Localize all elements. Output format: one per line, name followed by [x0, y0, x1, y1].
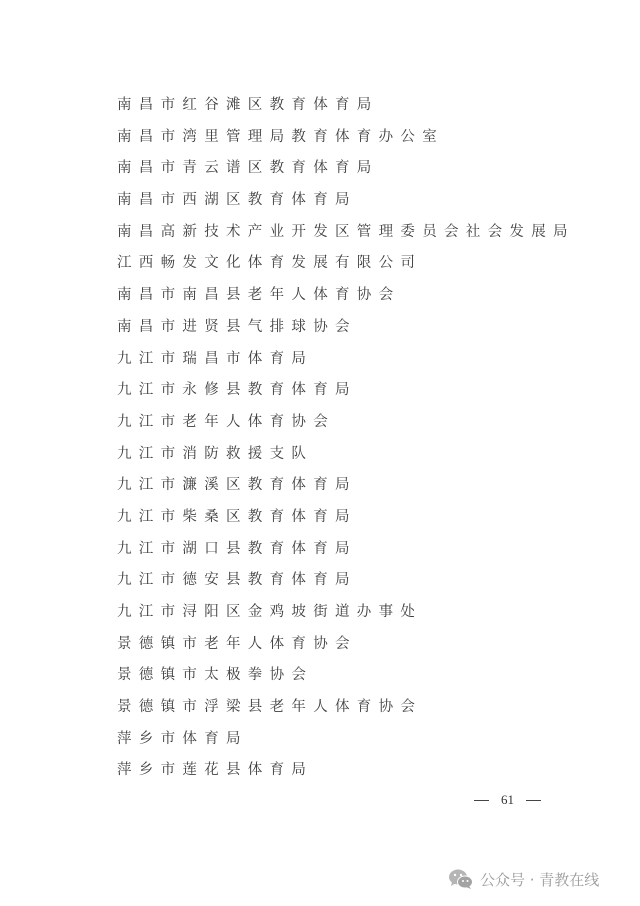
list-item: 南昌高新技术产业开发区管理委员会社会发展局	[117, 221, 575, 253]
list-item: 景德镇市浮梁县老年人体育协会	[117, 696, 575, 728]
list-item: 景德镇市老年人体育协会	[117, 633, 575, 665]
list-item: 九江市瑞昌市体育局	[117, 348, 575, 380]
list-item: 九江市濂溪区教育体育局	[117, 474, 575, 506]
page-number-text: 61	[501, 792, 514, 808]
list-item: 南昌市西湖区教育体育局	[117, 189, 575, 221]
list-item: 南昌市红谷滩区教育体育局	[117, 94, 575, 126]
watermark: 公众号 · 青教在线	[448, 868, 599, 890]
list-item: 南昌市进贤县气排球协会	[117, 316, 575, 348]
list-item: 九江市永修县教育体育局	[117, 379, 575, 411]
list-item: 萍乡市莲花县体育局	[117, 759, 575, 791]
dash-left	[474, 800, 489, 801]
list-item: 江西畅发文化体育发展有限公司	[117, 252, 575, 284]
list-item: 九江市德安县教育体育局	[117, 569, 575, 601]
organization-list: 南昌市红谷滩区教育体育局 南昌市湾里管理局教育体育办公室 南昌市青云谱区教育体育…	[117, 94, 575, 791]
list-item: 南昌市湾里管理局教育体育办公室	[117, 126, 575, 158]
page-number: 61	[474, 792, 541, 808]
list-item: 九江市湖口县教育体育局	[117, 538, 575, 570]
watermark-text: 公众号 · 青教在线	[480, 869, 599, 890]
list-item: 九江市浔阳区金鸡坡街道办事处	[117, 601, 575, 633]
list-item: 九江市消防救援支队	[117, 443, 575, 475]
list-item: 景德镇市太极拳协会	[117, 664, 575, 696]
list-item: 南昌市青云谱区教育体育局	[117, 157, 575, 189]
dash-right	[526, 800, 541, 801]
list-item: 九江市柴桑区教育体育局	[117, 506, 575, 538]
list-item: 萍乡市体育局	[117, 728, 575, 760]
list-item: 南昌市南昌县老年人体育协会	[117, 284, 575, 316]
wechat-icon	[448, 868, 474, 890]
list-item: 九江市老年人体育协会	[117, 411, 575, 443]
